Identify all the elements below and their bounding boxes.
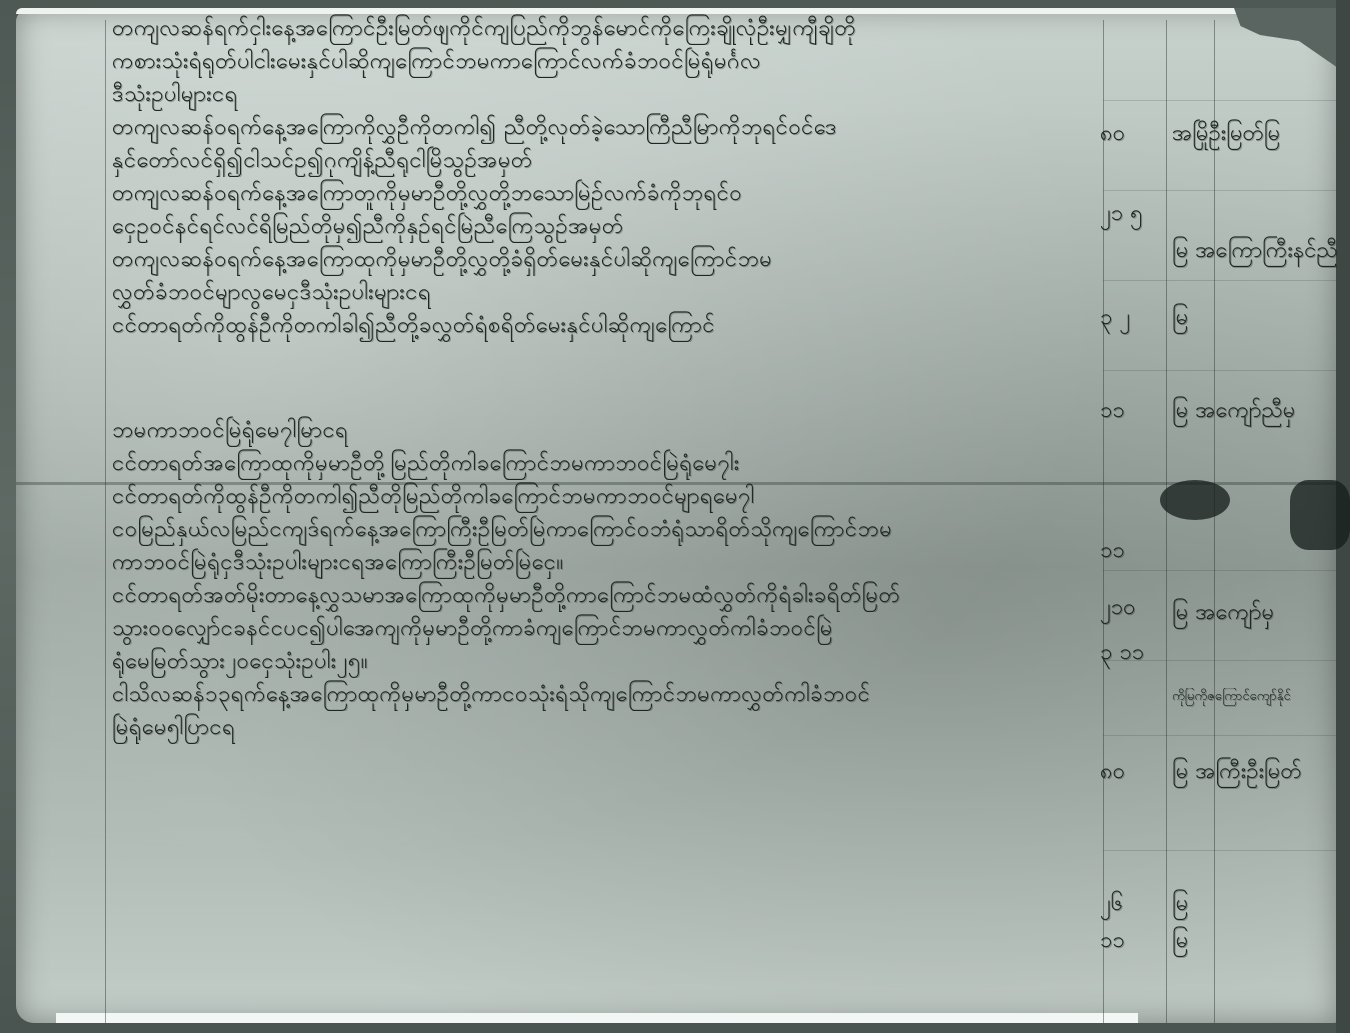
margin-entry: မြ xyxy=(1172,302,1338,335)
margin-entry: မြ အကြီးဦးမြတ် xyxy=(1172,756,1338,789)
margin-entry: မြ အကျော်ညီမှ xyxy=(1172,395,1338,428)
margin-entry: မြ အကျော်မှ xyxy=(1172,597,1338,630)
text-line: ငှေဥဝင်နင်ရင်လင်ရိမြည်တိုမှ၍ညီကိုနှဥ်ရင်… xyxy=(112,210,1097,243)
margin-rule-1 xyxy=(1103,20,1104,1023)
margin-number: ၂၆ xyxy=(1100,888,1160,921)
margin-number: ၃ ၂ xyxy=(1100,302,1160,335)
margin-hrule xyxy=(1103,280,1338,281)
margin-number: ၂၁၀ xyxy=(1100,592,1160,625)
margin-number: ၈၀ xyxy=(1100,756,1160,789)
text-line: ဒီသုံးဥပါများငရ xyxy=(112,78,1097,111)
margin-hrule xyxy=(1103,190,1338,191)
ink-stain xyxy=(1160,480,1230,520)
text-line: ငင်တာရတ်ကိုထွန်ဦကိုတကါ၍ညီတိုမြည်တိုကါခကြ… xyxy=(112,480,1097,513)
text-line: နှင်တော်လင်ရှိ၍ငါသင်ဥ၍ဂုကျိန့်ညီရုငါမြိသ… xyxy=(112,144,1097,177)
margin-number: ၁၁ xyxy=(1100,535,1160,568)
section-gap xyxy=(112,342,1097,414)
margin-rule-2 xyxy=(1166,20,1167,1023)
text-line: ကာဘဝင်မြဲရုံငှဒီသုံးဥပါးများငရအကြောကြီးဦ… xyxy=(112,546,1097,579)
margin-hrule xyxy=(1103,570,1338,571)
text-line: တကျလဆန်ဝရက်နေ့အကြောထုကိုမှမာဦတို့လွှတို့… xyxy=(112,243,1097,276)
text-line: လွှတ်ခံဘဝင်မျာလွမေငှဒီသုံးဥပါးများငရ xyxy=(112,276,1097,309)
text-line: ငင်တာရတ်ကိုထွန်ဦကိုတကါခါ၍ညီတို့ခလွှတ်ရံစ… xyxy=(112,309,1097,342)
binding-shadow xyxy=(1290,480,1350,550)
margin-number: ၁၁ xyxy=(1100,925,1160,958)
left-margin-rule xyxy=(105,20,106,1023)
margin-entry: အမြိုဦးမြတ်မြ xyxy=(1172,118,1338,151)
margin-number: ၁၁ xyxy=(1100,395,1160,428)
margin-entry: မြ xyxy=(1172,888,1338,921)
margin-hrule xyxy=(1103,735,1338,736)
text-line: ကစားသုံးရံရုတ်ပါငါးမေးနှင်ပါဆိုကျကြောင်ဘ… xyxy=(112,45,1097,78)
text-line: ရုံမေမြတ်သွား၂၀ငှေသုံးဥပါး၂၅။ xyxy=(112,645,1097,678)
margin-number: ၃ ၁၁ xyxy=(1100,637,1160,670)
text-line: သွားဝဝလျှော်ငခနင်ငပင၍ပါအေကျကိုမှမာဦတို့က… xyxy=(112,612,1097,645)
margin-entry: မြ အကြောကြီးနင်ညီ xyxy=(1172,235,1338,268)
margin-entry: မြ xyxy=(1172,925,1338,958)
text-line: တကျလဆန်ရက်ငှါးနေ့အကြောင်ဦးမြတ်ဖျကိုင်ကျပ… xyxy=(112,12,1097,45)
torn-corner xyxy=(1208,8,1338,68)
text-line: တကျလဆန်ဝရက်နေ့အကြောတူကိုမှမာဦတို့လွှတို့… xyxy=(112,177,1097,210)
margin-number: ၈၀ xyxy=(1100,118,1160,151)
margin-rule-3 xyxy=(1214,20,1215,1023)
text-line: ငါသိလဆန်၁၃ရက်နေ့အကြောထုကိုမှမာဦတို့ကာငဝသ… xyxy=(112,678,1097,711)
margin-number: ၂၁ ၅ xyxy=(1100,198,1160,231)
margin-hrule xyxy=(1103,850,1338,851)
text-line: ဘမကာဘဝင်မြဲရုံမေ၇ါမြာငရ xyxy=(112,414,1097,447)
text-line: တကျလဆန်ဝရက်နေ့အကြောကိုလွှဦကိုတကါ၍ ညီတို့… xyxy=(112,111,1097,144)
margin-hrule xyxy=(1103,100,1338,101)
margin-hrule xyxy=(1103,370,1338,371)
text-line: ငဝမြည်နှယ်လမြည်ငကျဒ်ရက်နေ့အကြောကြီးဦမြတ်… xyxy=(112,513,1097,546)
text-line: မြဲရုံမေ၅ါပြာငရ xyxy=(112,711,1097,744)
text-line: ငင်တာရတ်အတ်မိုးတာနေ့လွှသမာအကြောထုကိုမှမာ… xyxy=(112,579,1097,612)
main-text-block: တကျလဆန်ရက်ငှါးနေ့အကြောင်ဦးမြတ်ဖျကိုင်ကျပ… xyxy=(112,12,1097,744)
margin-entry: ကိုမြကိုဇကြောင်ကျော်နိုင် xyxy=(1172,688,1338,707)
text-line: ငင်တာရတ်အကြောထုကိုမှမာဦတို့မြည်တိုကါခကြေ… xyxy=(112,447,1097,480)
